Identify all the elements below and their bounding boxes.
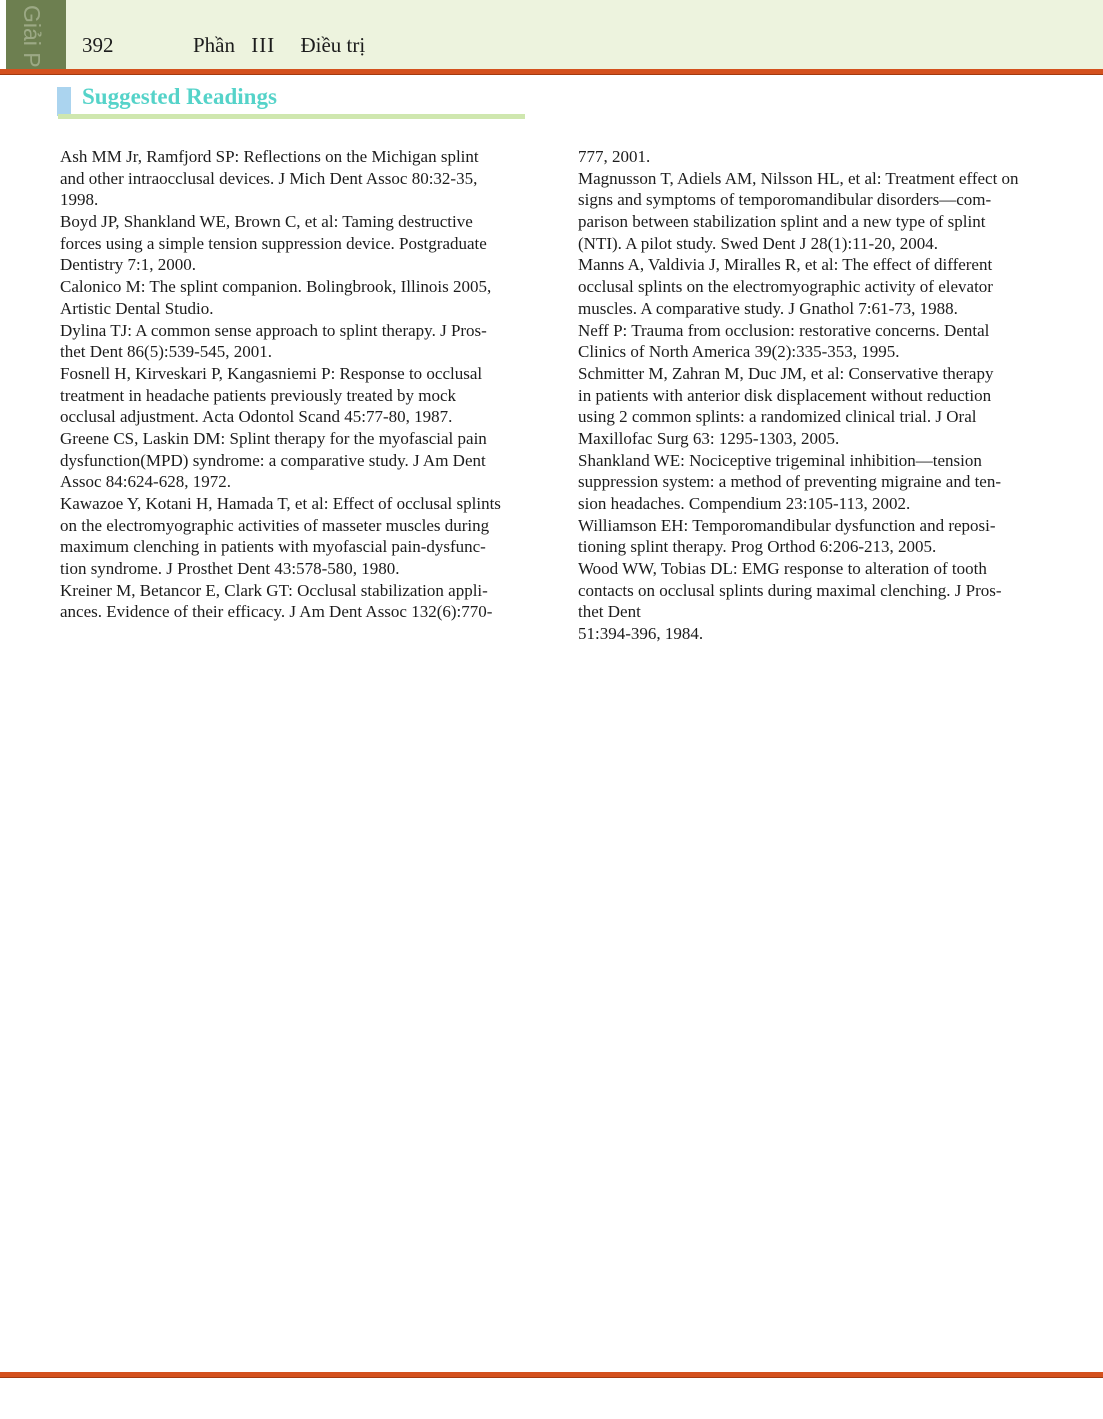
reference-line: Schmitter M, Zahran M, Duc JM, et al: Co…: [578, 363, 1083, 385]
reference-line: Fosnell H, Kirveskari P, Kangasniemi P: …: [60, 363, 565, 385]
reference-line: Assoc 84:624-628, 1972.: [60, 471, 565, 493]
references-right-column: 777, 2001.Magnusson T, Adiels AM, Nilsso…: [578, 146, 1083, 645]
reference-line: Magnusson T, Adiels AM, Nilsson HL, et a…: [578, 168, 1083, 190]
reference-line: parison between stabilization splint and…: [578, 211, 1083, 233]
running-head-part-word: Phần: [193, 33, 235, 57]
section-thumb-tab: Giải Ph: [6, 0, 66, 69]
suggested-readings-heading: Suggested Readings: [82, 84, 277, 110]
reference-line: occlusal splints on the electromyographi…: [578, 276, 1083, 298]
reference-line: 777, 2001.: [578, 146, 1083, 168]
reference-line: tioning splint therapy. Prog Orthod 6:20…: [578, 536, 1083, 558]
reference-line: in patients with anterior disk displacem…: [578, 385, 1083, 407]
reference-line: Ash MM Jr, Ramfjord SP: Reflections on t…: [60, 146, 565, 168]
reference-line: Williamson EH: Temporomandibular dysfunc…: [578, 515, 1083, 537]
reference-line: Neff P: Trauma from occlusion: restorati…: [578, 320, 1083, 342]
reference-line: thet Dent 86(5):539-545, 2001.: [60, 341, 565, 363]
reference-line: Kreiner M, Betancor E, Clark GT: Occlusa…: [60, 580, 565, 602]
reference-line: and other intraocclusal devices. J Mich …: [60, 168, 565, 190]
running-head-part-numeral: III: [251, 33, 275, 57]
book-page: 392 Phần III Điều trị Giải Ph Suggested …: [0, 0, 1103, 1419]
header-band: 392 Phần III Điều trị: [66, 0, 1103, 69]
heading-underline: [58, 114, 525, 119]
reference-line: occlusal adjustment. Acta Odontol Scand …: [60, 406, 565, 428]
reference-line: Calonico M: The splint companion. Boling…: [60, 276, 565, 298]
reference-line: ances. Evidence of their efficacy. J Am …: [60, 601, 565, 623]
reference-line: Maxillofac Surg 63: 1295-1303, 2005.: [578, 428, 1083, 450]
running-head-section-title: Điều trị: [300, 33, 365, 57]
page-number: 392: [82, 33, 114, 58]
reference-line: Boyd JP, Shankland WE, Brown C, et al: T…: [60, 211, 565, 233]
reference-line: Wood WW, Tobias DL: EMG response to alte…: [578, 558, 1083, 580]
reference-line: on the electromyographic activities of m…: [60, 515, 565, 537]
reference-line: 1998.: [60, 189, 565, 211]
reference-line: suppression system: a method of preventi…: [578, 471, 1083, 493]
reference-line: (NTI). A pilot study. Swed Dent J 28(1):…: [578, 233, 1083, 255]
thumb-tab-label: Giải Ph: [18, 5, 45, 69]
reference-line: Dylina TJ: A common sense approach to sp…: [60, 320, 565, 342]
reference-line: tion syndrome. J Prosthet Dent 43:578-58…: [60, 558, 565, 580]
reference-line: treatment in headache patients previousl…: [60, 385, 565, 407]
reference-line: Clinics of North America 39(2):335-353, …: [578, 341, 1083, 363]
reference-line: Shankland WE: Nociceptive trigeminal inh…: [578, 450, 1083, 472]
reference-line: muscles. A comparative study. J Gnathol …: [578, 298, 1083, 320]
reference-line: Artistic Dental Studio.: [60, 298, 565, 320]
reference-line: forces using a simple tension suppressio…: [60, 233, 565, 255]
running-head: Phần III Điều trị: [193, 33, 365, 58]
reference-line: Dentistry 7:1, 2000.: [60, 254, 565, 276]
reference-line: Manns A, Valdivia J, Miralles R, et al: …: [578, 254, 1083, 276]
reference-line: maximum clenching in patients with myofa…: [60, 536, 565, 558]
references-left-column: Ash MM Jr, Ramfjord SP: Reflections on t…: [60, 146, 565, 623]
reference-line: 51:394-396, 1984.: [578, 623, 1083, 645]
reference-line: Kawazoe Y, Kotani H, Hamada T, et al: Ef…: [60, 493, 565, 515]
footer-rule: [0, 1372, 1103, 1378]
reference-line: sion headaches. Compendium 23:105-113, 2…: [578, 493, 1083, 515]
reference-line: contacts on occlusal splints during maxi…: [578, 580, 1083, 602]
reference-line: signs and symptoms of temporomandibular …: [578, 189, 1083, 211]
heading-accent-bar: [57, 87, 71, 116]
reference-line: thet Dent: [578, 601, 1083, 623]
reference-line: Greene CS, Laskin DM: Splint therapy for…: [60, 428, 565, 450]
header-rule: [0, 69, 1103, 75]
reference-line: using 2 common splints: a randomized cli…: [578, 406, 1083, 428]
reference-line: dysfunction(MPD) syndrome: a comparative…: [60, 450, 565, 472]
